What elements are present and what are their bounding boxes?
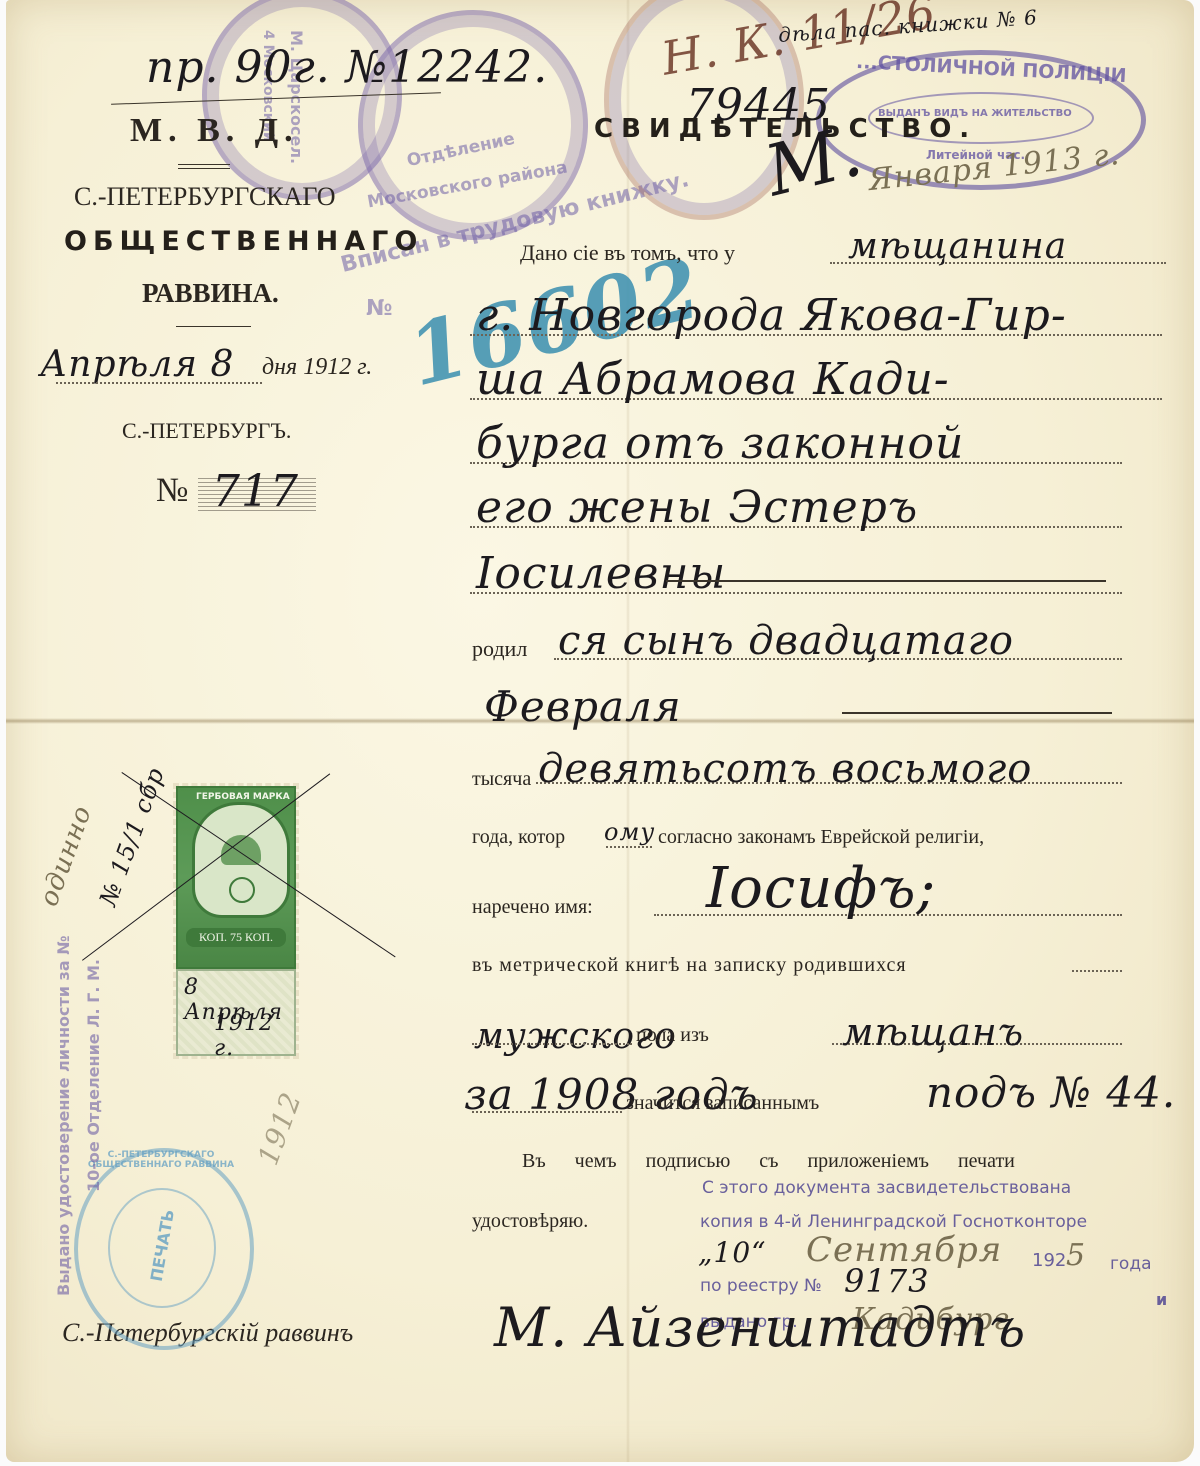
fiscal-stamp-title: ГЕРБОВАЯ МАРКА (196, 792, 290, 802)
fiscal-stamp-value: КОП. 75 КОП. (186, 928, 286, 947)
body-line-6-handwritten: Іосилевны (476, 548, 726, 599)
notary-registry-number: 9173 (844, 1262, 929, 1300)
body-line-10-handwritten: ому (604, 818, 655, 846)
notary-year-handwritten: 5 (1066, 1238, 1086, 1273)
eagle-medallion-icon (229, 877, 255, 903)
body-line-4-handwritten: бурга отъ законной (476, 418, 964, 469)
body-line-14-handwritten: подъ № 44. (926, 1068, 1176, 1117)
body-line-9-printed: тысяча (472, 768, 531, 791)
body-line-12-printed: въ метрической книгѣ на записку родивших… (472, 954, 907, 977)
fiscal-stamp-cancel-area: 8 Апрѣля 1912 г. (176, 969, 296, 1056)
header-rule (176, 326, 251, 327)
body-line-5-handwritten: его жены Эстеръ (476, 482, 918, 533)
notary-and: и (1156, 1290, 1167, 1309)
crown-emblem-icon (192, 802, 290, 918)
issue-date-dots (56, 382, 262, 384)
body-line-13-handwritten: мѣщанъ (842, 1010, 1024, 1054)
body-line-7-printed: родил (472, 636, 527, 662)
left-margin-handwritten-2: № 15/1 сбр (94, 763, 170, 909)
body-line-12-dots (1072, 970, 1122, 972)
body-line-13-dots-a (472, 1043, 632, 1045)
notary-line-1: С этого документа засвидетельствована (702, 1178, 1071, 1198)
handwritten-ref-number: пр. 90г. №12242. (146, 42, 548, 93)
body-line-9-handwritten: девятьсотъ восьмого (538, 746, 1032, 792)
body-line-2-handwritten: г. Новгорода Якова-Гир- (476, 290, 1067, 341)
header-line-3: РАВВИНА. (142, 278, 279, 309)
body-line-10-dots (606, 846, 652, 848)
left-margin-handwritten-1: одинно (34, 802, 98, 911)
issue-date-printed: дня 1912 г. (262, 354, 372, 381)
body-line-11-handwritten: Іосифъ; (706, 856, 936, 921)
fiscal-cancel-year: 1912 г. (214, 1011, 294, 1061)
ministry-title: М. В. Д. (130, 112, 299, 150)
left-margin-violet-stamp-2: 10-ое Отделение Л. Г. М. (84, 959, 103, 1192)
number-handwritten: 717 (212, 466, 299, 517)
body-line-10-printed-before: года, котор (472, 826, 565, 849)
body-line-8-handwritten: Февраля (484, 682, 682, 731)
header-line-2: ОБЩЕСТВЕННАГО (64, 226, 423, 257)
body-line-6-flourish (666, 580, 1106, 582)
body-line-3-handwritten: ша Абрамова Кади- (476, 354, 950, 405)
notary-year-suffix: года (1110, 1254, 1152, 1274)
margin-pencil-note: 1912 (251, 1087, 308, 1169)
notary-day: „10“ (698, 1236, 766, 1269)
ministry-rule (178, 164, 230, 165)
body-line-8-flourish (842, 712, 1112, 714)
left-margin-violet-stamp: Выдано удостоверение личности за № (54, 936, 73, 1296)
body-line-11-printed: наречено имя: (472, 896, 593, 919)
body-line-1-printed: Дано сіе въ томъ, что у (520, 240, 735, 266)
notary-year-printed: 192 (1032, 1250, 1066, 1271)
number-label: № (156, 472, 188, 510)
rabbi-signature: М. Айзенштадтъ (494, 1296, 1026, 1359)
body-line-10-printed-after: согласно законамъ Еврейской религіи, (658, 826, 984, 849)
vertical-fold (626, 0, 630, 1462)
violet-number-label: № (366, 296, 392, 321)
body-line-7-handwritten: ся сынъ двадцатаго (558, 618, 1014, 664)
body-line-1-handwritten: мѣщанина (848, 226, 1067, 267)
body-line-13-printed: пола изъ (636, 1024, 709, 1047)
notary-registry-label: по реестру № (700, 1276, 822, 1296)
header-line-1: С.-ПЕТЕРБУРГСКАГО (74, 182, 336, 212)
ministry-rule-2 (178, 168, 230, 169)
closing-line-1: Въ чемъ подписью съ приложеніемъ печати (522, 1150, 1015, 1173)
city-label: С.-ПЕТЕРБУРГЪ. (122, 418, 291, 444)
fiscal-revenue-stamp: ГЕРБОВАЯ МАРКА КОП. 75 КОП. 8 Апрѣля 191… (176, 786, 296, 1056)
notary-line-2: копия в 4-й Ленинградской Госнотконторе (700, 1212, 1087, 1232)
body-line-14-dots (472, 1111, 622, 1113)
issue-date-handwritten: Апрѣля 8 (40, 344, 234, 385)
closing-line-2: удостовѣряю. (472, 1210, 588, 1233)
document-sheet: М. Царскосел. 4 Московский Отдѣление Мос… (6, 0, 1194, 1462)
body-line-14-printed: значится записаннымъ (626, 1092, 819, 1115)
